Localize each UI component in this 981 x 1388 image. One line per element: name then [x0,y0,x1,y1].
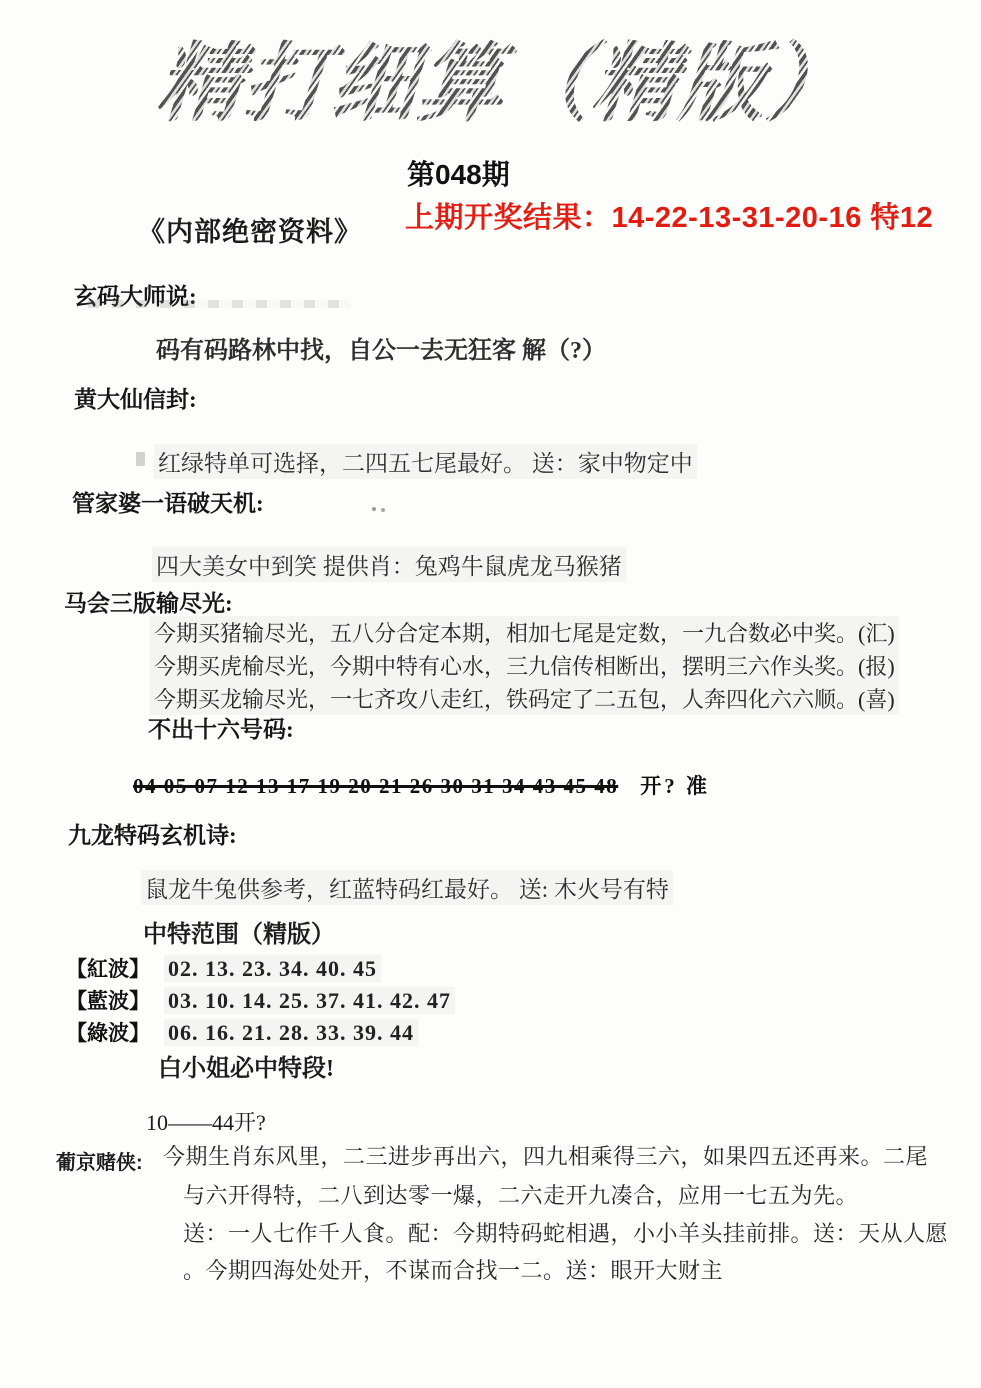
section-label-guanjiapo: 管家婆一语破天机: [72,485,264,518]
scan-smudge [88,300,350,308]
mahui-line: 今期买虎榆尽光，今期中特有心水，三九信传相断出，摆明三六作头奖。(报) [150,649,899,682]
pujing-line: 与六开得特，二八到达零一爆，二六走开九凑合，应用一七五为先。 [183,1179,858,1210]
section-label-buchu: 不出十六号码: [148,711,294,744]
baixiaojie-range: 10——44开? [146,1106,266,1137]
section-label-baixiaojie: 白小姐必中特段! [158,1048,334,1083]
section-label-zhongte: 中特范围（精版） [143,914,335,949]
excluded-numbers-row: 04 05 07 12 13 17 19 20 21 26 30 31 34 4… [133,770,710,800]
jiulong-verse: 鼠龙牛兔供参考，红蓝特码红最好。 送: 木火号有特 [141,870,673,905]
scanned-lottery-sheet: 精打细算（精版） 第048期 上期开奖结果：14-22-13-31-20-16 … [0,0,981,1388]
wave-row-green: 【綠波】 06. 16. 21. 28. 33. 39. 44 [66,1017,418,1047]
section-label-mahui: 马会三版输尽光: [64,585,233,618]
previous-draw-result: 上期开奖结果：14-22-13-31-20-16 特12 [405,195,933,236]
excluded-verdict: 开? 准 [640,774,710,798]
pujing-line: 送：一人七作千人食。配：今期特码蛇相遇，小小羊头挂前排。送：天从人愿 [183,1217,948,1248]
huangdaxian-verse: 红绿特单可选择，二四五七尾最好。 送：家中物定中 [154,444,697,479]
xuanma-verse: 码有码路林中找，自公一去无狂客 解（?） [156,330,606,365]
mahui-line: 今期买猪输尽光，五八分合定本期，相加七尾是定数，一九合数必中奖。(汇) [150,616,899,649]
wave-name-red: 【紅波】 [66,957,150,981]
wave-row-blue: 【藍波】 03. 10. 14. 25. 37. 41. 42. 47 [66,985,455,1015]
secret-note: 《内部绝密资料》 [138,210,362,249]
wave-name-blue: 【藍波】 [66,989,150,1013]
wave-numbers-red: 02. 13. 23. 34. 40. 45 [164,955,381,982]
pujing-line: 。今期四海处处开，不谋而合找一二。送：眼开大财主 [183,1254,723,1285]
excluded-numbers: 04 05 07 12 13 17 19 20 21 26 30 31 34 4… [133,774,618,798]
wave-name-green: 【綠波】 [66,1021,150,1045]
section-label-huangdaxian: 黄大仙信封: [74,381,197,414]
scan-smudge [136,452,145,466]
pujing-line: 今期生肖东风里，二三进步再出六，四九相乘得三六，如果四五还再来。二尾 [163,1140,928,1171]
scan-smudge [372,507,376,511]
masthead-title-art: 精打细算（精版） [145,14,865,146]
wave-numbers-green: 06. 16. 21. 28. 33. 39. 44 [164,1019,418,1046]
guanjiapo-verse: 四大美女中到笑 提供肖：兔鸡牛鼠虎龙马猴猪 [152,547,626,582]
section-label-jiulong: 九龙特码玄机诗: [68,817,237,850]
wave-row-red: 【紅波】 02. 13. 23. 34. 40. 45 [66,953,381,983]
wave-numbers-blue: 03. 10. 14. 25. 37. 41. 42. 47 [164,987,455,1014]
issue-number: 第048期 [407,153,510,193]
section-label-pujing: 葡京赌侠: [56,1146,143,1175]
